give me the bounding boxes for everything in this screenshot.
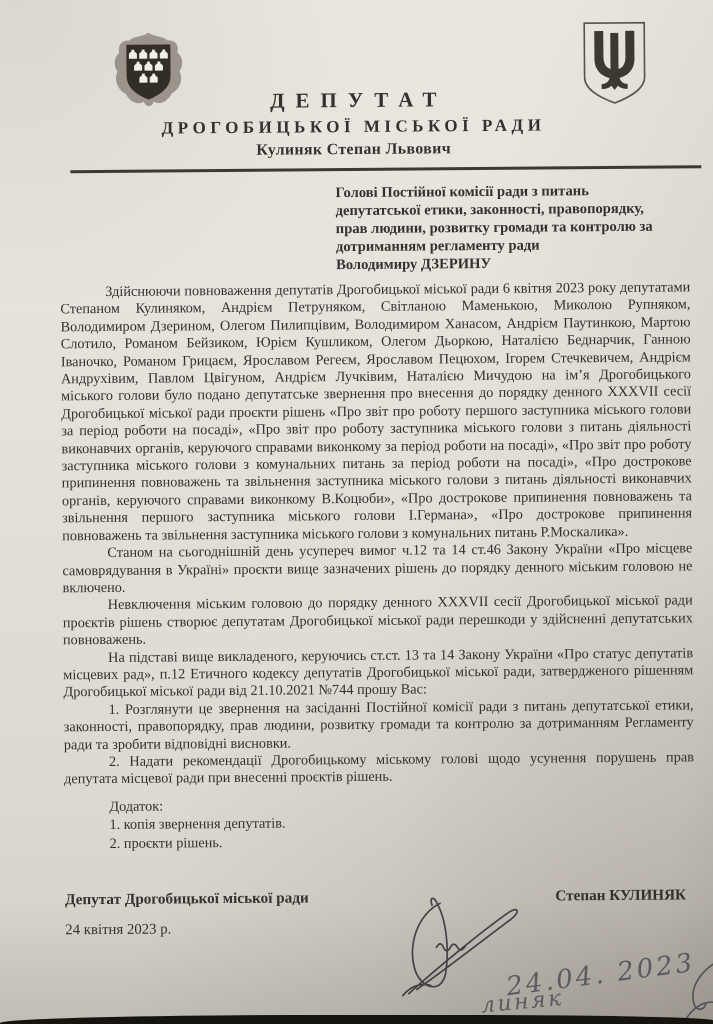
paragraph-request-2: 2. Надати рекомендації Дрогобицькому міс… bbox=[64, 749, 694, 789]
paragraph-status: Станом на сьогоднішній день усупереч вим… bbox=[62, 540, 692, 597]
scanned-document-page: ДЕПУТАТ ДРОГОБИЦЬКОЇ МІСЬКОЇ РАДИ Кулиня… bbox=[0, 0, 713, 1024]
signer-position: Депутат Дрогобицької міської ради bbox=[65, 889, 309, 909]
signature-row: Депутат Дрогобицької міської ради Степан… bbox=[65, 886, 686, 909]
paragraph-appeal: Здійснюючи повноваження депутатів Дрогоб… bbox=[60, 279, 692, 545]
letterhead-divider bbox=[70, 165, 701, 173]
paragraph-request-1: 1. Розглянути це звернення на засіданні … bbox=[63, 697, 693, 754]
addressee-line: прав людини, розвитку громади та контрол… bbox=[336, 217, 685, 238]
letter-body: Голові Постійної комісії ради з питань д… bbox=[0, 181, 713, 940]
attachments-block: Додаток: 1. копія звернення депутатів. 2… bbox=[2, 793, 713, 854]
page-bottom-edge bbox=[0, 1015, 713, 1024]
handwriting-flourish bbox=[677, 959, 713, 1021]
addressee-block: Голові Постійної комісії ради з питань д… bbox=[335, 181, 685, 274]
paragraph-legal-basis: На підставі вище викладеного, керуючись … bbox=[63, 645, 693, 702]
addressee-line: Володимиру ДЗЕРИНУ bbox=[336, 253, 685, 274]
letterhead-subtitle: ДРОГОБИЦЬКОЇ МІСЬКОЇ РАДИ bbox=[0, 114, 710, 140]
page-content: ДЕПУТАТ ДРОГОБИЦЬКОЇ МІСЬКОЇ РАДИ Кулиня… bbox=[0, 0, 713, 1024]
letterhead-deputy-name: Кулиняк Степан Львович bbox=[0, 138, 710, 162]
typed-date: 24 квітня 2023 р. bbox=[65, 917, 695, 939]
letterhead: ДЕПУТАТ ДРОГОБИЦЬКОЇ МІСЬКОЇ РАДИ Кулиня… bbox=[0, 85, 710, 162]
signer-name: Степан КУЛИНЯК bbox=[555, 886, 686, 905]
letterhead-title: ДЕПУТАТ bbox=[0, 85, 710, 116]
paragraph-obstacle: Невключення міським головою до порядку д… bbox=[63, 593, 693, 650]
